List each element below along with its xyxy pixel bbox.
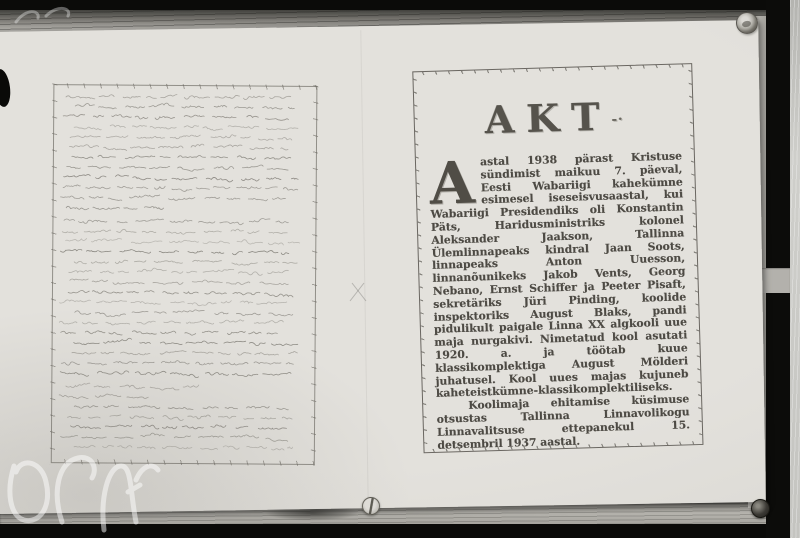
signatures-page bbox=[51, 84, 318, 465]
photo-edge-top bbox=[0, 0, 790, 10]
page-title: AKT-· bbox=[427, 92, 681, 147]
thumbtack-top-right bbox=[736, 12, 758, 34]
drop-cap: A bbox=[429, 156, 481, 207]
photo-border-strip bbox=[790, 0, 800, 538]
deed-paragraph: Aastal 1938 pärast Kristuse sündimist ma… bbox=[429, 150, 689, 401]
photo-background: AKT-· Aastal 1938 pärast Kristuse sündim… bbox=[0, 0, 800, 538]
handwritten-signatures bbox=[52, 85, 317, 464]
paper-sheet: AKT-· Aastal 1938 pärast Kristuse sündim… bbox=[0, 20, 766, 514]
thumbtack-bottom-right bbox=[751, 499, 770, 518]
title-flourish: -· bbox=[612, 112, 624, 127]
photo-edge-bottom bbox=[0, 524, 790, 538]
akt-page: AKT-· Aastal 1938 pärast Kristuse sündim… bbox=[412, 63, 703, 453]
deed-paragraph: Koolimaja ehitamise küsimuse otsustas Ta… bbox=[436, 393, 690, 452]
thumbtack-bottom-center bbox=[362, 497, 380, 515]
paper-seam bbox=[360, 30, 368, 502]
